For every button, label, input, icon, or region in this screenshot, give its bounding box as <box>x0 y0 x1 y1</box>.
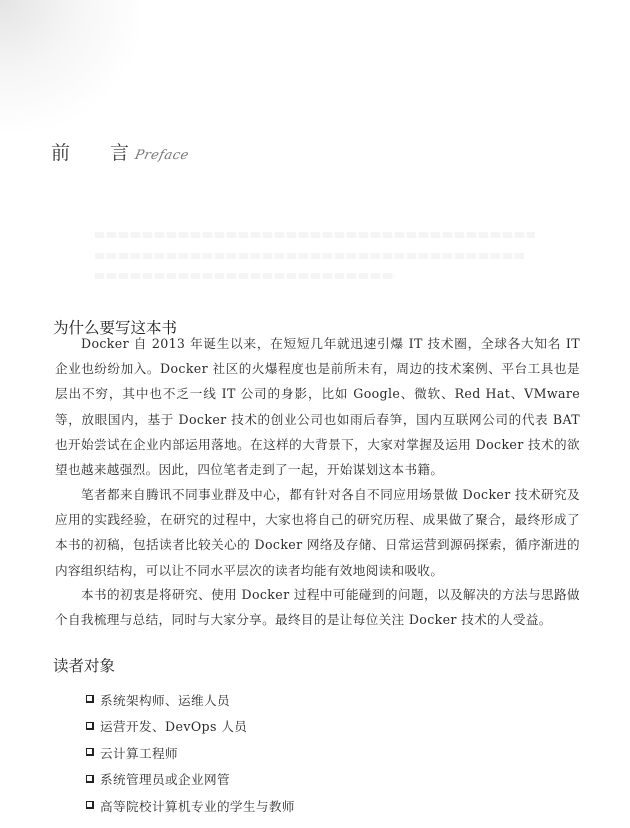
chapter-subtitle: Preface <box>133 148 190 163</box>
list-item-label: 系统管理员或企业网管 <box>100 769 230 788</box>
bleed-through-text <box>95 273 395 279</box>
chapter-header: 前言 Preface <box>51 138 189 165</box>
list-item: 系统管理员或企业网管 <box>86 766 295 793</box>
bleed-through-text <box>95 232 535 238</box>
list-item: 系统架构师、运维人员 <box>86 686 295 713</box>
section-heading-audience: 读者对象 <box>53 654 115 676</box>
checkbox-square-icon <box>86 748 94 756</box>
list-item-label: 高等院校计算机专业的学生与教师 <box>100 796 295 815</box>
checkbox-square-icon <box>86 695 94 703</box>
audience-list: 系统架构师、运维人员 运营开发、DevOps 人员 云计算工程师 系统管理员或企… <box>86 686 295 819</box>
list-item: 运营开发、DevOps 人员 <box>86 713 295 740</box>
list-item-label: 云计算工程师 <box>100 743 178 762</box>
list-item: 高等院校计算机专业的学生与教师 <box>86 792 295 819</box>
paragraph: Docker 自 2013 年诞生以来，在短短几年就迅速引爆 IT 技术圈，全球… <box>55 331 580 482</box>
checkbox-square-icon <box>86 775 94 783</box>
paragraph: 本书的初衷是将研究、使用 Docker 过程中可能碰到的问题，以及解决的方法与思… <box>55 582 580 632</box>
chapter-title-char: 前 <box>51 142 70 164</box>
list-item-label: 运营开发、DevOps 人员 <box>100 716 247 735</box>
bleed-through-text <box>95 253 525 259</box>
scan-shadow <box>0 0 140 130</box>
checkbox-square-icon <box>86 722 94 730</box>
chapter-title: 前言 <box>51 138 129 165</box>
chapter-title-char: 言 <box>110 142 129 164</box>
list-item: 云计算工程师 <box>86 739 295 766</box>
list-item-label: 系统架构师、运维人员 <box>100 690 230 709</box>
paragraph: 笔者都来自腾讯不同事业群及中心，都有针对各自不同应用场景做 Docker 技术研… <box>55 482 580 583</box>
checkbox-square-icon <box>86 801 94 809</box>
